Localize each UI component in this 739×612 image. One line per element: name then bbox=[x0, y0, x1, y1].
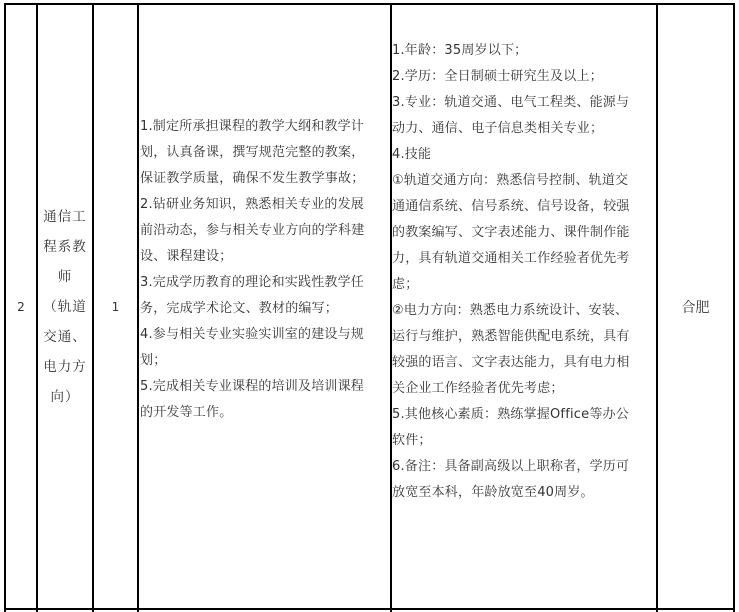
headcount-cell: 1 bbox=[94, 5, 137, 608]
duties-line: 的开发等工作。 bbox=[140, 400, 390, 426]
duties-line: 保证教学质量，确保不发生教学事故； bbox=[140, 166, 390, 192]
location-cell: 合肥 bbox=[658, 5, 733, 608]
table-bottom-border bbox=[4, 608, 735, 610]
requirements-line: 2.学历：全日制硕士研究生及以上； bbox=[392, 64, 656, 90]
duties-line: 划，认真备课，撰写规范完整的教案， bbox=[140, 140, 390, 166]
row-index-cell: 2 bbox=[6, 5, 36, 608]
requirements-line: 4.技能 bbox=[392, 142, 656, 168]
row-index: 2 bbox=[17, 300, 25, 314]
position-title-cell: 通信工 程系教 师 （轨道 交通、 电力方 向） bbox=[38, 5, 92, 608]
duties-line: 务，完成学术论文、教材的编写； bbox=[140, 296, 390, 322]
duties-cell: 1.制定所承担课程的教学大纲和教学计 划，认真备课，撰写规范完整的教案， 保证教… bbox=[140, 114, 390, 426]
position-title-line: 程系教 bbox=[43, 232, 87, 262]
requirements-line: 关企业工作经验者优先考虑； bbox=[392, 376, 656, 402]
position-title-line: 电力方 bbox=[43, 352, 87, 382]
duties-line: 2.钻研业务知识，熟悉相关专业的发展 bbox=[140, 192, 390, 218]
headcount: 1 bbox=[112, 300, 120, 314]
requirements-line: 较强的语言、文字表达能力，具有电力相 bbox=[392, 350, 656, 376]
duties-line: 1.制定所承担课程的教学大纲和教学计 bbox=[140, 114, 390, 140]
position-title-line: 向） bbox=[51, 382, 80, 412]
requirements-line: 6.备注：具备副高级以上职称者，学历可 bbox=[392, 454, 656, 480]
duties-line: 划； bbox=[140, 348, 390, 374]
requirements-cell: 1.年龄：35周岁以下； 2.学历：全日制硕士研究生及以上； 3.专业：轨道交通… bbox=[392, 38, 656, 506]
requirements-line: 放宽至本科，年龄放宽至40周岁。 bbox=[392, 480, 656, 506]
requirements-line: 3.专业：轨道交通、电气工程类、能源与 bbox=[392, 90, 656, 116]
column-border bbox=[137, 3, 139, 612]
work-location: 合肥 bbox=[682, 297, 710, 317]
requirements-line: 5.其他核心素质：熟练掌握Office等办公 bbox=[392, 402, 656, 428]
position-title-line: 通信工 bbox=[43, 202, 87, 232]
requirements-line: 力，具有轨道交通相关工作经验者优先考 bbox=[392, 246, 656, 272]
position-title-line: （轨道 bbox=[43, 292, 87, 322]
requirements-line: ②电力方向：熟悉电力系统设计、安装、 bbox=[392, 298, 656, 324]
duties-line: 前沿动态，参与相关专业方向的学科建 bbox=[140, 218, 390, 244]
duties-line: 4.参与相关专业实验实训室的建设与规 bbox=[140, 322, 390, 348]
requirements-line: 运行与维护，熟悉智能供配电系统，具有 bbox=[392, 324, 656, 350]
duties-line: 5.完成相关专业课程的培训及培训课程 bbox=[140, 374, 390, 400]
requirements-line: ①轨道交通方向：熟悉信号控制、轨道交 bbox=[392, 168, 656, 194]
duties-line: 3.完成学历教育的理论和实践性教学任 bbox=[140, 270, 390, 296]
position-title-line: 交通、 bbox=[43, 322, 87, 352]
requirements-line: 的教案编写、文字表述能力、课件制作能 bbox=[392, 220, 656, 246]
duties-line: 设、课程建设； bbox=[140, 244, 390, 270]
column-border bbox=[733, 3, 735, 612]
requirements-line: 1.年龄：35周岁以下； bbox=[392, 38, 656, 64]
position-title-line: 师 bbox=[58, 262, 73, 292]
requirements-line: 虑； bbox=[392, 272, 656, 298]
requirements-line: 通通信系统、信号系统、信号设备，较强 bbox=[392, 194, 656, 220]
requirements-line: 动力、通信、电子信息类相关专业； bbox=[392, 116, 656, 142]
requirements-line: 软件； bbox=[392, 428, 656, 454]
